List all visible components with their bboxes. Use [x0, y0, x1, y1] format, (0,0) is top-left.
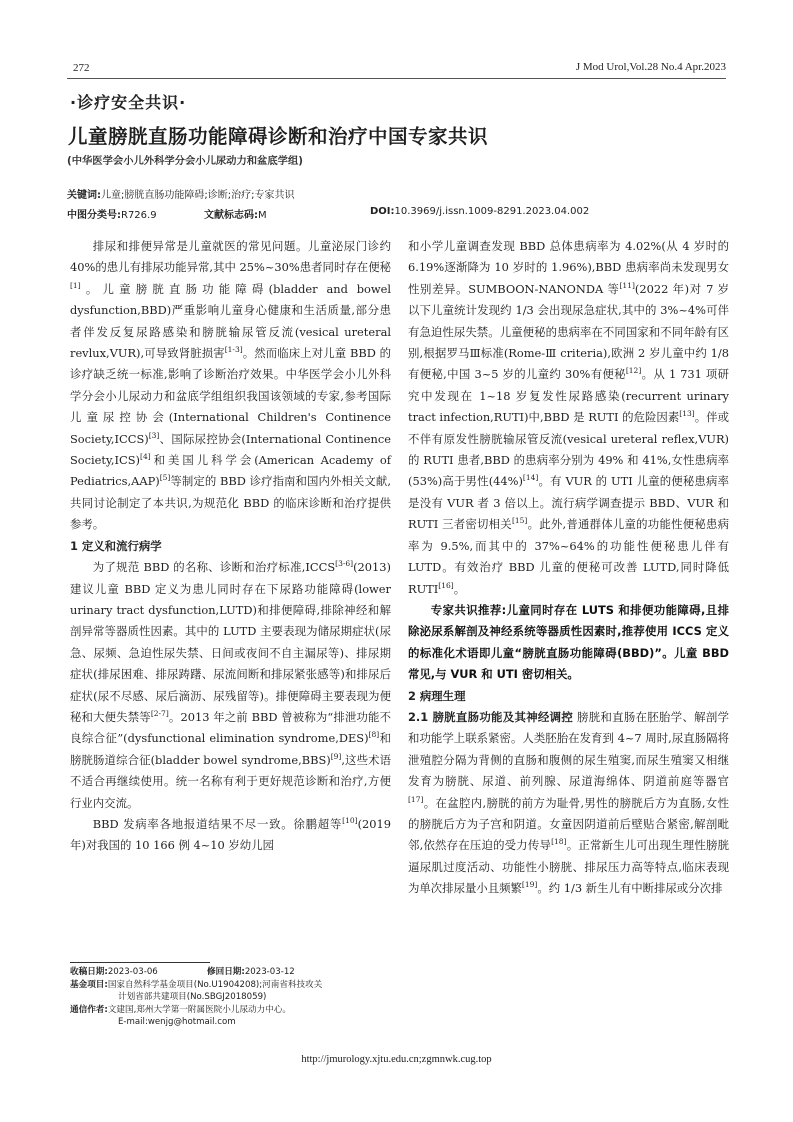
page-number: 272 [73, 62, 90, 74]
doi-value[interactable]: 10.3969/j.issn.1009-8291.2023.04.002 [395, 206, 590, 217]
running-head: 272 J Mod Urol,Vol.28 No.4 Apr.2023 [67, 56, 726, 79]
citation[interactable]: [9] [331, 752, 342, 761]
clc-value: R726.9 [121, 210, 157, 221]
citation[interactable]: [3-6] [335, 559, 353, 568]
section1-paragraph-2-continued: 和小学儿童调查发现 BBD 总体患病率为 4.02%(从 4 岁时的 6.19%… [408, 236, 729, 600]
citation[interactable]: [16] [438, 581, 453, 590]
citation[interactable]: [10] [342, 816, 357, 825]
journal-citation: J Mod Urol,Vol.28 No.4 Apr.2023 [576, 61, 726, 73]
section-heading-2: 2 病理生理 [408, 686, 729, 707]
citation[interactable]: [2-7] [151, 709, 169, 718]
authors: (中华医学会小儿外科学分会小儿尿动力和盆底学组) [67, 152, 303, 167]
footnote-dates: 收稿日期:2023-03-06 修回日期:2023-03-12 [70, 966, 400, 979]
clc-label: 中图分类号: [67, 210, 121, 221]
citation[interactable]: [1] [70, 281, 81, 290]
column-tag: ·诊疗安全共识· [70, 90, 186, 113]
classification-line: 中图分类号:R726.9 文献标志码:M DOI:10.3969/j.issn.… [67, 206, 727, 221]
doc-code-value: M [258, 210, 267, 221]
citation[interactable]: [14] [523, 473, 538, 482]
citation[interactable]: [3] [149, 431, 160, 440]
keywords-value: 儿童;膀胱直肠功能障碍;诊断;治疗;专家共识 [101, 190, 294, 201]
article-title: 儿童膀胱直肠功能障碍诊断和治疗中国专家共识 [68, 121, 488, 149]
citation[interactable]: [15] [512, 516, 527, 525]
column-left: 排尿和排便异常是儿童就医的常见问题。儿童泌尿门诊约 40%的患儿有排尿功能异常,… [70, 236, 391, 857]
footer-urls[interactable]: http://jmurology.xjtu.edu.cn;zgmnwk.cug.… [0, 1054, 793, 1065]
corresponding-email[interactable]: E-mail:wenjg@hotmail.com [70, 1016, 400, 1029]
citation[interactable]: [5] [160, 473, 171, 482]
column-right: 和小学儿童调查发现 BBD 总体患病率为 4.02%(从 4 岁时的 6.19%… [408, 236, 729, 900]
citation[interactable]: [18] [551, 837, 566, 846]
citation[interactable]: [1-3] [225, 345, 243, 354]
doc-code-label: 文献标志码: [204, 210, 258, 221]
section-heading-1: 1 定义和流行病学 [70, 536, 391, 557]
expert-recommendation: 专家共识推荐:儿童同时存在 LUTS 和排便功能障碍,且排除泌尿系解剖及神经系统… [408, 600, 729, 686]
footnote-divider [70, 962, 210, 963]
footnote-corresponding: 通信作者:文建国,郑州大学第一附属医院小儿尿动力中心。 [70, 1004, 400, 1017]
doi-label: DOI: [370, 206, 395, 217]
section1-paragraph-1: 为了规范 BBD 的名称、诊断和治疗标准,ICCS[3-6](2013)建议儿童… [70, 557, 391, 814]
citation[interactable]: [13] [679, 409, 694, 418]
keywords-label: 关键词: [67, 190, 101, 201]
footnote-fund-cont: 计划省部共建项目(No.SBGJ2018059) [70, 991, 400, 1004]
section1-paragraph-2-start: BBD 发病率各地报道结果不尽一致。徐鹏超等[10](2019 年)对我国的 1… [70, 814, 391, 857]
citation[interactable]: [11] [620, 281, 635, 290]
citation[interactable]: [8] [369, 730, 380, 739]
section2-1-paragraph: 2.1 膀胱直肠功能及其神经调控 膀胱和直肠在胚胎学、解剖学和功能学上联系紧密。… [408, 707, 729, 900]
citation[interactable]: [12] [626, 366, 641, 375]
subsection-heading-2-1: 2.1 膀胱直肠功能及其神经调控 [408, 710, 573, 724]
citation[interactable]: [19] [522, 880, 537, 889]
citation[interactable]: [4] [140, 452, 151, 461]
footnote-fund: 基金项目:国家自然科学基金项目(No.U1904208);河南省科技攻关 [70, 979, 400, 992]
intro-paragraph: 排尿和排便异常是儿童就医的常见问题。儿童泌尿门诊约 40%的患儿有排尿功能异常,… [70, 236, 391, 536]
keywords: 关键词:儿童;膀胱直肠功能障碍;诊断;治疗;专家共识 [67, 186, 294, 201]
citation[interactable]: [17] [408, 795, 423, 804]
footnotes: 收稿日期:2023-03-06 修回日期:2023-03-12 基金项目:国家自… [70, 966, 400, 1029]
